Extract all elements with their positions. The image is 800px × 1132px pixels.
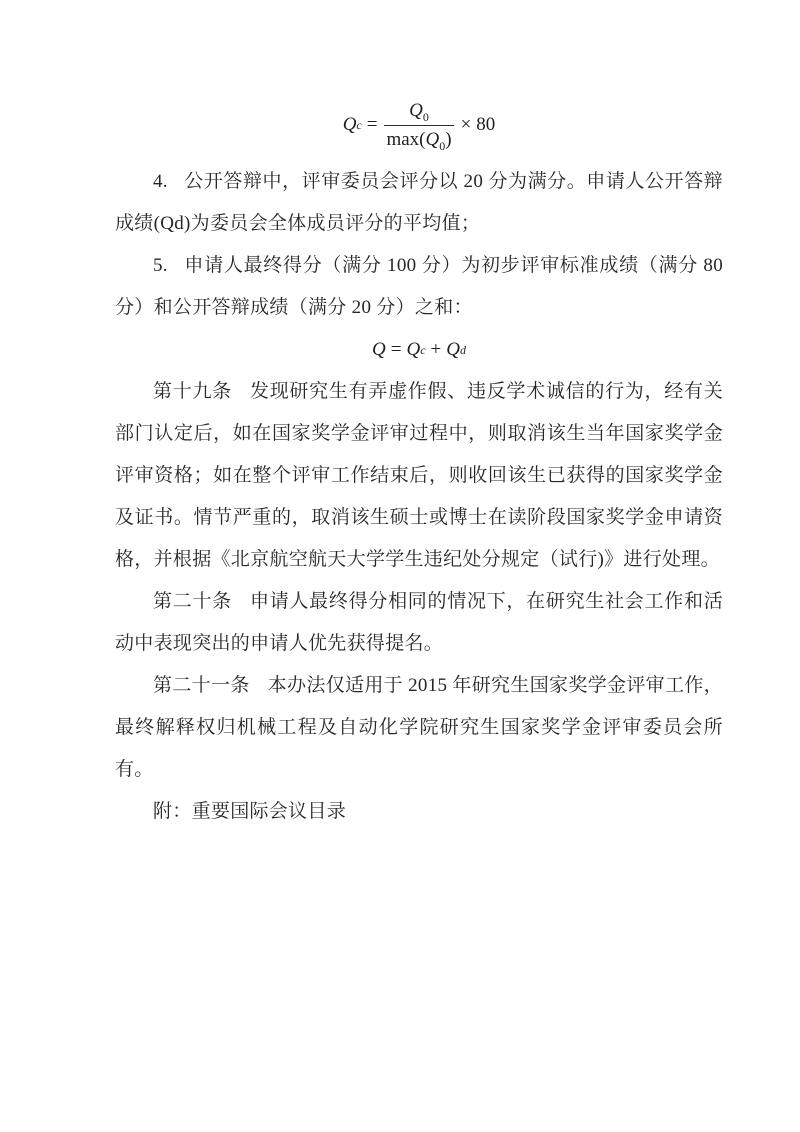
fraction-numerator: Q0	[384, 100, 453, 126]
article-19-label: 第十九条	[153, 381, 232, 402]
list-item-4: 4.公开答辩中，评审委员会评分以 20 分为满分。申请人公开答辩成绩(Qd)为委…	[115, 161, 723, 245]
list-item-5-marker: 5.	[153, 255, 168, 276]
fraction: Q0 max(Q0)	[384, 100, 453, 151]
list-item-4-marker: 4.	[153, 171, 168, 192]
formula-q-term1: Q	[406, 339, 420, 361]
article-19-text: 发现研究生有弄虚作假、违反学术诚信的行为，经有关部门认定后，如在国家奖学金评审过…	[115, 381, 723, 570]
times-sign: ×	[456, 114, 477, 136]
attachment-note-text: 附：重要国际会议目录	[153, 801, 346, 822]
numerator-variable: Q	[409, 100, 423, 121]
formula-q-total: Q = Qc + Qd	[115, 329, 723, 371]
article-21: 第二十一条本办法仅适用于 2015 年研究生国家奖学金评审工作，最终解释权归机械…	[115, 665, 723, 791]
equals-sign: =	[386, 339, 407, 361]
numerator-subscript: 0	[423, 110, 429, 124]
list-item-5: 5.申请人最终得分（满分 100 分）为初步评审标准成绩（满分 80 分）和公开…	[115, 245, 723, 329]
article-21-label: 第二十一条	[153, 675, 250, 696]
formula-qc-lhs: Q	[343, 114, 357, 136]
equals-sign: =	[362, 114, 383, 136]
list-item-5-text: 申请人最终得分（满分 100 分）为初步评审标准成绩（满分 80 分）和公开答辩…	[115, 255, 723, 318]
attachment-note: 附：重要国际会议目录	[115, 791, 723, 833]
formula-qc: Qc = Q0 max(Q0) ×80	[115, 100, 723, 151]
list-item-4-text: 公开答辩中，评审委员会评分以 20 分为满分。申请人公开答辩成绩(Qd)为委员会…	[115, 171, 723, 234]
closing-paren: )	[445, 129, 451, 150]
formula-q-term2: Q	[446, 339, 460, 361]
plus-sign: +	[426, 339, 447, 361]
formula-q-lhs: Q	[372, 339, 386, 361]
article-19: 第十九条发现研究生有弄虚作假、违反学术诚信的行为，经有关部门认定后，如在国家奖学…	[115, 371, 723, 581]
article-20-label: 第二十条	[153, 591, 232, 612]
document-page: Qc = Q0 max(Q0) ×80 4.公开答辩中，评审委员会评分以 20 …	[0, 0, 800, 1132]
article-20: 第二十条申请人最终得分相同的情况下，在研究生社会工作和活动中表现突出的申请人优先…	[115, 581, 723, 665]
max-function: max(	[386, 129, 425, 150]
denominator-variable: Q	[426, 129, 440, 150]
fraction-denominator: max(Q0)	[384, 126, 453, 151]
factor-80: 80	[476, 114, 495, 136]
document-content: Qc = Q0 max(Q0) ×80 4.公开答辩中，评审委员会评分以 20 …	[115, 0, 723, 833]
